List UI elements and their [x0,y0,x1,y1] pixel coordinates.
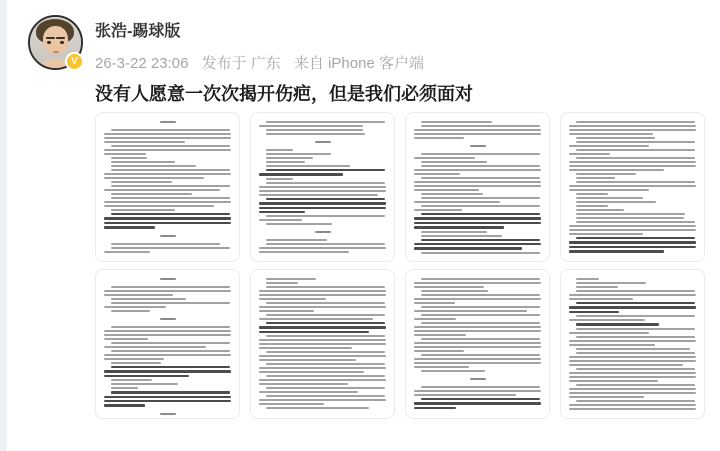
text-line-placeholder [266,215,385,217]
text-line-placeholder [266,153,331,155]
text-line-placeholder [569,356,696,358]
text-line-placeholder [266,278,316,280]
text-line-placeholder [414,222,541,224]
text-line-placeholder [414,173,460,175]
text-line-placeholder [266,121,385,123]
text-line-placeholder [576,323,659,325]
text-line-placeholder [569,364,683,366]
text-line-placeholder [104,330,231,332]
text-line-placeholder [421,252,540,254]
text-line-placeholder [414,209,462,211]
text-line-placeholder [104,294,173,296]
text-line-placeholder [414,362,541,364]
text-line-placeholder [259,310,314,312]
text-line-placeholder [576,286,618,288]
text-line-placeholder [259,190,386,192]
text-line-placeholder [266,169,385,171]
text-line-placeholder [104,400,231,402]
text-line-placeholder [111,169,230,171]
text-line-placeholder [111,157,147,159]
text-line-placeholder [104,173,231,175]
text-line-placeholder [259,211,305,213]
text-line-placeholder [266,223,332,225]
text-line-placeholder [104,153,146,155]
text-line-placeholder [104,189,220,191]
text-line-placeholder [266,335,385,337]
text-line-placeholder [160,413,176,415]
text-line-placeholder [569,169,664,171]
text-line-placeholder [259,383,348,385]
text-line-placeholder [569,408,696,410]
text-line-placeholder [576,328,695,330]
text-line-placeholder [421,370,485,372]
text-line-placeholder [414,326,541,328]
page-background-edge [0,0,7,451]
text-line-placeholder [421,177,540,179]
text-line-placeholder [104,375,189,377]
text-line-placeholder [569,185,696,187]
text-line-placeholder [111,243,220,245]
text-line-placeholder [259,355,386,357]
text-line-placeholder [421,306,540,308]
attachment-image-2[interactable] [250,112,395,262]
text-line-placeholder [266,133,365,135]
text-line-placeholder [104,338,148,340]
text-line-placeholder [104,149,231,151]
text-line-placeholder [104,222,231,224]
text-line-placeholder [576,213,685,215]
text-line-placeholder [104,205,214,207]
text-line-placeholder [259,219,302,221]
text-line-placeholder [111,362,161,364]
author-name[interactable]: 张浩-踢球版 [95,18,180,41]
text-line-placeholder [569,332,649,334]
text-line-placeholder [414,282,541,284]
text-line-placeholder [576,173,636,175]
text-line-placeholder [569,145,649,147]
text-line-placeholder [576,352,695,354]
text-line-placeholder [421,121,492,123]
text-line-placeholder [421,278,540,280]
text-line-placeholder [259,347,352,349]
post-time: 26-3-22 23:06 [95,55,188,72]
text-line-placeholder [576,209,624,211]
text-line-placeholder [421,314,540,316]
text-line-placeholder [569,311,619,313]
text-line-placeholder [160,121,176,123]
text-line-placeholder [421,294,540,296]
text-line-placeholder [414,185,541,187]
text-line-placeholder [259,202,386,204]
text-line-placeholder [569,225,696,227]
text-line-placeholder [111,165,196,167]
text-line-placeholder [414,330,541,332]
text-line-placeholder [414,350,464,352]
text-line-placeholder [266,387,385,389]
text-line-placeholder [414,226,504,228]
text-line-placeholder [569,344,655,346]
text-line-placeholder [569,125,696,127]
text-line-placeholder [569,388,696,390]
text-line-placeholder [266,182,385,184]
text-line-placeholder [414,133,541,135]
text-line-placeholder [414,169,541,171]
text-line-placeholder [104,133,231,135]
text-line-placeholder [576,315,695,317]
text-line-placeholder [569,396,644,398]
text-line-placeholder [104,396,231,398]
text-line-placeholder [421,338,540,340]
attachment-image-8[interactable] [560,269,705,419]
text-line-placeholder [111,286,230,288]
text-line-placeholder [421,290,488,292]
text-line-placeholder [259,306,386,308]
text-line-placeholder [160,278,176,280]
text-line-placeholder [414,189,479,191]
text-line-placeholder [111,342,230,344]
text-line-placeholder [569,360,696,362]
text-line-placeholder [414,310,527,312]
text-line-placeholder [569,340,696,342]
text-line-placeholder [421,205,540,207]
text-line-placeholder [414,201,500,203]
attachment-image-5[interactable] [95,269,240,419]
text-line-placeholder [259,247,386,249]
text-line-placeholder [259,371,364,373]
avatar[interactable]: V [28,15,83,70]
text-line-placeholder [576,302,695,304]
text-line-placeholder [111,298,186,300]
text-line-placeholder [569,250,664,252]
text-line-placeholder [569,376,696,378]
text-line-placeholder [414,243,541,245]
text-line-placeholder [576,201,656,203]
text-line-placeholder [569,189,649,191]
text-line-placeholder [576,181,695,183]
text-line-placeholder [259,359,356,361]
text-line-placeholder [576,384,695,386]
text-line-placeholder [266,351,385,353]
text-line-placeholder [104,251,150,253]
text-line-placeholder [414,181,541,183]
text-line-placeholder [111,366,230,368]
text-line-placeholder [569,306,696,308]
text-line-placeholder [414,366,469,368]
text-line-placeholder [259,326,386,328]
text-line-placeholder [259,290,386,292]
text-line-placeholder [259,298,326,300]
text-line-placeholder [111,247,230,249]
text-line-placeholder [569,380,658,382]
text-line-placeholder [569,133,653,135]
text-line-placeholder [104,290,231,292]
text-line-placeholder [266,157,313,159]
text-line-placeholder [414,342,541,344]
text-line-placeholder [569,129,696,131]
text-line-placeholder [421,197,540,199]
text-line-placeholder [111,383,178,385]
text-line-placeholder [259,331,369,333]
text-line-placeholder [576,193,608,195]
attachment-image-1[interactable] [95,112,240,262]
text-line-placeholder [111,193,192,195]
text-line-placeholder [414,247,522,249]
text-line-placeholder [414,390,541,392]
text-line-placeholder [414,302,455,304]
text-line-placeholder [104,370,231,372]
text-line-placeholder [266,282,298,284]
text-line-placeholder [569,372,696,374]
text-line-placeholder [259,318,373,320]
text-line-placeholder [569,294,696,296]
text-line-placeholder [576,368,695,370]
text-line-placeholder [266,243,385,245]
text-line-placeholder [576,157,695,159]
text-line-placeholder [470,145,486,147]
text-line-placeholder [576,282,646,284]
text-line-placeholder [569,153,610,155]
text-line-placeholder [569,229,696,231]
text-line-placeholder [111,391,230,393]
text-line-placeholder [414,394,516,396]
text-line-placeholder [576,336,695,338]
text-line-placeholder [414,334,466,336]
text-line-placeholder [111,350,230,352]
text-line-placeholder [576,149,695,151]
text-line-placeholder [421,213,540,215]
avatar-mouth [53,51,59,53]
text-line-placeholder [569,246,696,248]
text-line-placeholder [414,318,456,320]
text-line-placeholder [576,237,695,239]
text-line-placeholder [266,395,385,397]
text-line-placeholder [421,322,540,324]
text-line-placeholder [414,157,475,159]
avatar-face [43,26,69,54]
text-line-placeholder [421,235,502,237]
text-line-placeholder [421,165,540,167]
text-line-placeholder [421,398,540,400]
text-line-placeholder [104,141,185,143]
text-line-placeholder [266,363,385,365]
text-line-placeholder [315,231,331,233]
text-line-placeholder [104,358,164,360]
text-line-placeholder [104,354,231,356]
text-line-placeholder [414,137,464,139]
text-line-placeholder [576,177,615,179]
text-line-placeholder [576,121,695,123]
attachment-image-7[interactable] [405,269,550,419]
text-line-placeholder [104,306,166,308]
text-line-placeholder [569,241,696,243]
text-line-placeholder [104,334,231,336]
text-line-placeholder [266,178,293,180]
text-line-placeholder [111,310,150,312]
text-line-placeholder [111,213,230,215]
text-line-placeholder [576,290,695,292]
text-line-placeholder [104,226,155,228]
text-line-placeholder [414,217,541,219]
text-line-placeholder [576,278,599,280]
text-line-placeholder [104,201,231,203]
text-line-placeholder [259,339,386,341]
post-location: 发布于 广东 [202,55,281,72]
text-line-placeholder [569,298,633,300]
text-line-placeholder [266,198,385,200]
text-line-placeholder [414,358,541,360]
text-line-placeholder [111,302,230,304]
text-line-placeholder [259,379,386,381]
text-line-placeholder [266,314,385,316]
text-line-placeholder [576,400,695,402]
text-line-placeholder [259,391,358,393]
text-line-placeholder [104,217,231,219]
text-line-placeholder [266,407,369,409]
text-line-placeholder [576,141,695,143]
text-line-placeholder [414,407,456,409]
text-line-placeholder [160,318,176,320]
text-line-placeholder [259,186,386,188]
text-line-placeholder [266,161,305,163]
text-line-placeholder [160,235,176,237]
verified-badge-icon: V [65,52,84,71]
text-line-placeholder [569,319,645,321]
text-line-placeholder [111,161,175,163]
text-line-placeholder [569,165,696,167]
attachment-grid [95,112,705,419]
text-line-placeholder [259,251,349,253]
text-line-placeholder [315,141,331,143]
post-source: 来自 iPhone 客户端 [294,55,424,72]
text-line-placeholder [576,348,690,350]
text-line-placeholder [414,298,541,300]
post-title: 没有人愿意一次次揭开伤疤，但是我们必须面对 [95,80,473,106]
text-line-placeholder [266,286,385,288]
text-line-placeholder [104,177,204,179]
attachment-image-6[interactable] [250,269,395,419]
paragraph-gap [104,239,231,243]
text-line-placeholder [414,346,541,348]
text-line-placeholder [259,207,386,209]
text-line-placeholder [421,193,483,195]
text-line-placeholder [266,239,327,241]
text-line-placeholder [576,197,643,199]
text-line-placeholder [111,185,230,187]
weibo-post-page: { "post": { "author": { "name": "张浩-踢球版"… [0,0,720,451]
text-line-placeholder [576,137,655,139]
text-line-placeholder [111,145,230,147]
text-line-placeholder [259,173,343,175]
text-line-placeholder [576,221,695,223]
paragraph-gap [104,231,231,235]
text-line-placeholder [266,302,385,304]
text-line-placeholder [421,153,540,155]
paragraph-gap [104,417,231,419]
text-line-placeholder [259,343,386,345]
attachment-image-3[interactable] [405,112,550,262]
text-line-placeholder [111,387,138,389]
text-line-placeholder [421,125,540,127]
text-line-placeholder [569,161,696,163]
text-line-placeholder [259,294,386,296]
text-line-placeholder [111,181,172,183]
text-line-placeholder [111,129,230,131]
text-line-placeholder [576,217,684,219]
text-line-placeholder [569,392,696,394]
text-line-placeholder [111,379,152,381]
text-line-placeholder [259,125,363,127]
text-line-placeholder [266,129,363,131]
text-line-placeholder [414,402,541,404]
text-line-placeholder [104,346,206,348]
text-line-placeholder [421,239,540,241]
text-line-placeholder [266,322,385,324]
text-line-placeholder [266,165,350,167]
text-line-placeholder [414,286,484,288]
attachment-image-4[interactable] [560,112,705,262]
text-line-placeholder [104,137,231,139]
text-line-placeholder [266,149,293,151]
text-line-placeholder [266,375,385,377]
text-line-placeholder [111,326,230,328]
text-line-placeholder [104,404,145,406]
avatar-eye [60,41,64,44]
text-line-placeholder [259,367,386,369]
text-line-placeholder [421,354,540,356]
text-line-placeholder [111,197,230,199]
text-line-placeholder [259,194,378,196]
text-line-placeholder [470,378,486,380]
post-meta: 26-3-22 23:06 发布于 广东 来自 iPhone 客户端 [95,52,433,73]
text-line-placeholder [569,404,696,406]
text-line-placeholder [421,161,487,163]
text-line-placeholder [569,233,643,235]
text-line-placeholder [259,399,386,401]
text-line-placeholder [421,386,540,388]
text-line-placeholder [111,209,175,211]
text-line-placeholder [576,205,608,207]
text-line-placeholder [259,403,324,405]
text-line-placeholder [421,231,487,233]
text-line-placeholder [414,129,541,131]
